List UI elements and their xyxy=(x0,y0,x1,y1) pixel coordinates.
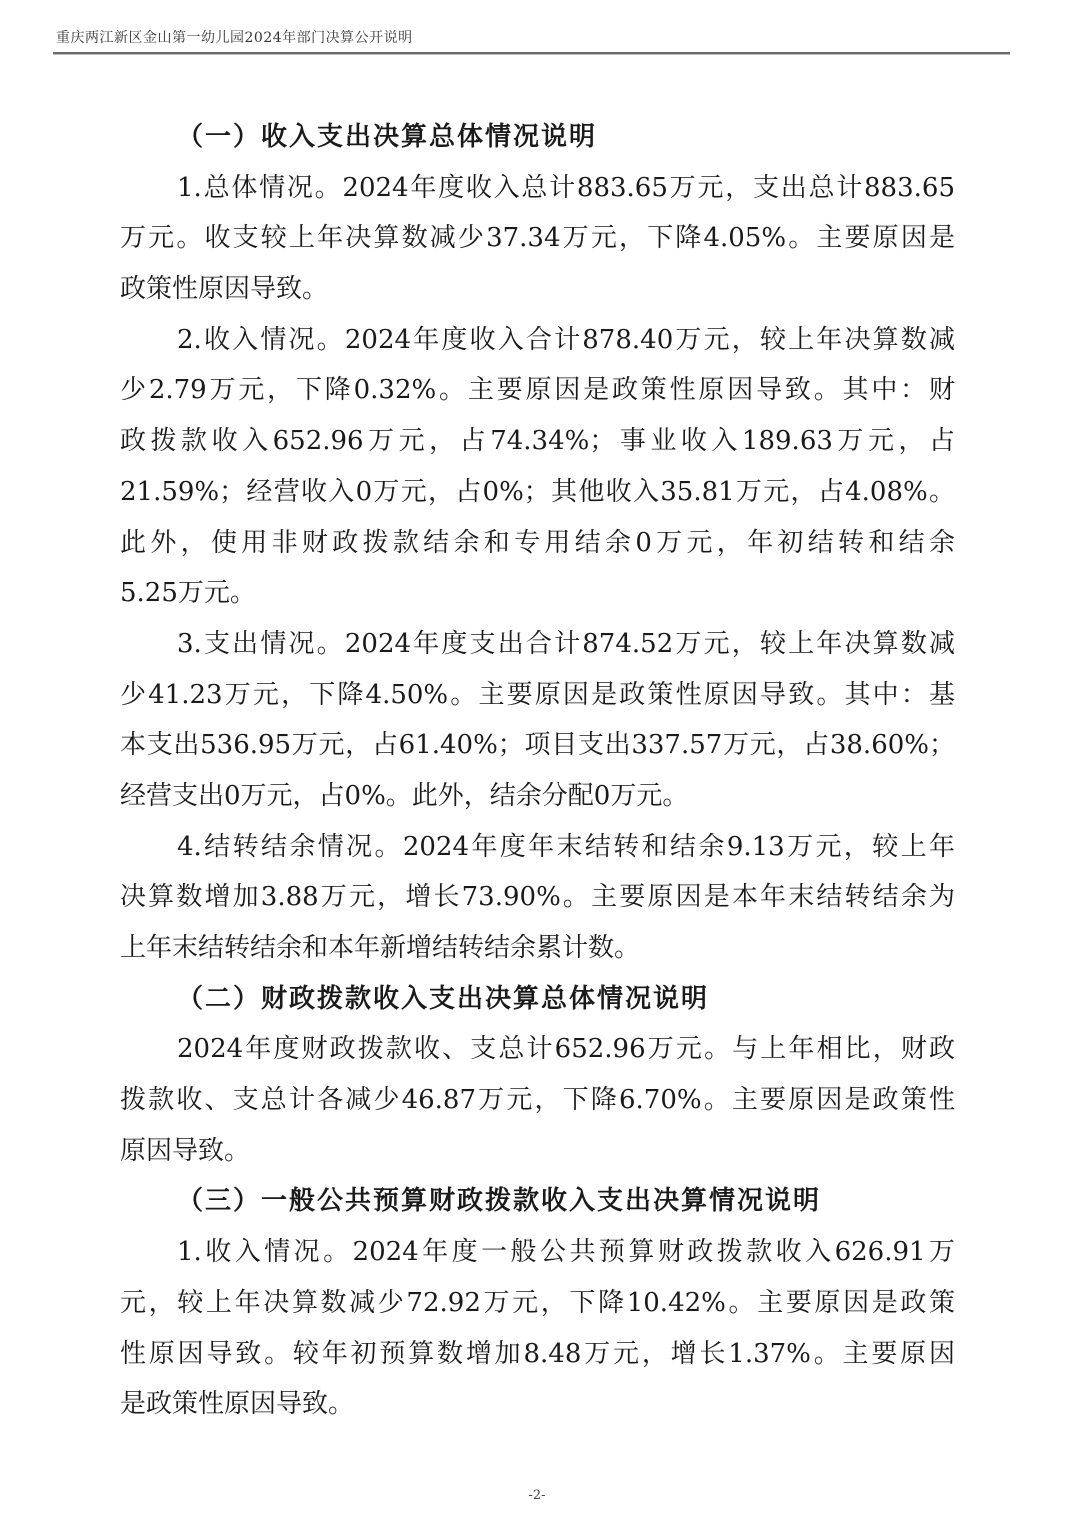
text-line: 2.收入情况。2024年度收入合计878.40万元，较上年决算数减 xyxy=(120,315,955,366)
paragraph-expenditure: 3.支出情况。2024年度支出合计874.52万元，较上年决算数减 少41.23… xyxy=(120,619,955,822)
section-heading: （二）财政拨款收入支出决算总体情况说明 xyxy=(120,974,955,1025)
paragraph-general-budget-income: 1.收入情况。2024年度一般公共预算财政拨款收入626.91万 元，较上年决算… xyxy=(120,1227,955,1430)
page-number: -2- xyxy=(0,1488,1074,1503)
text-line: 性原因导致。较年初预算数增加8.48万元，增长1.37%。主要原因 xyxy=(120,1329,955,1380)
text-line: 是政策性原因导致。 xyxy=(120,1379,955,1430)
section-heading: （三）一般公共预算财政拨款收入支出决算情况说明 xyxy=(120,1176,955,1227)
text-line: 4.结转结余情况。2024年度年末结转和结余9.13万元，较上年 xyxy=(120,822,955,873)
text-line: 上年末结转结余和本年新增结转结余累计数。 xyxy=(120,923,955,974)
paragraph-fiscal-allocation: 2024年度财政拨款收、支总计652.96万元。与上年相比，财政 拨款收、支总计… xyxy=(120,1024,955,1176)
header-divider xyxy=(53,52,1010,55)
paragraph-carryover: 4.结转结余情况。2024年度年末结转和结余9.13万元，较上年 决算数增加3.… xyxy=(120,822,955,974)
text-line: 决算数增加3.88万元，增长73.90%。主要原因是本年末结转结余为 xyxy=(120,872,955,923)
text-line: 少41.23万元，下降4.50%。主要原因是政策性原因导致。其中：基 xyxy=(120,670,955,721)
text-line: 少2.79万元，下降0.32%。主要原因是政策性原因导致。其中：财 xyxy=(120,365,955,416)
text-line: 经营支出0万元，占0%。此外，结余分配0万元。 xyxy=(120,771,955,822)
text-line: 5.25万元。 xyxy=(120,568,955,619)
text-line: 本支出536.95万元，占61.40%；项目支出337.57万元，占38.60%… xyxy=(120,720,955,771)
text-line: 原因导致。 xyxy=(120,1126,955,1177)
text-line: 万元。收支较上年决算数减少37.34万元，下降4.05%。主要原因是 xyxy=(120,213,955,264)
text-line: 此外，使用非财政拨款结余和专用结余0万元，年初结转和结余 xyxy=(120,518,955,569)
text-line: 政拨款收入652.96万元，占74.34%；事业收入189.63万元，占 xyxy=(120,416,955,467)
text-line: 1.收入情况。2024年度一般公共预算财政拨款收入626.91万 xyxy=(120,1227,955,1278)
text-line: 2024年度财政拨款收、支总计652.96万元。与上年相比，财政 xyxy=(120,1024,955,1075)
document-body: （一）收入支出决算总体情况说明 1.总体情况。2024年度收入总计883.65万… xyxy=(120,112,955,1430)
paragraph-overall: 1.总体情况。2024年度收入总计883.65万元，支出总计883.65 万元。… xyxy=(120,163,955,315)
text-line: 拨款收、支总计各减少46.87万元，下降6.70%。主要原因是政策性 xyxy=(120,1075,955,1126)
text-line: 1.总体情况。2024年度收入总计883.65万元，支出总计883.65 xyxy=(120,163,955,214)
section-heading: （一）收入支出决算总体情况说明 xyxy=(120,112,955,163)
document-title: 重庆两江新区金山第一幼儿园2024年部门决算公开说明 xyxy=(53,28,1010,48)
page-header: 重庆两江新区金山第一幼儿园2024年部门决算公开说明 xyxy=(53,28,1010,55)
paragraph-income: 2.收入情况。2024年度收入合计878.40万元，较上年决算数减 少2.79万… xyxy=(120,315,955,619)
text-line: 3.支出情况。2024年度支出合计874.52万元，较上年决算数减 xyxy=(120,619,955,670)
text-line: 政策性原因导致。 xyxy=(120,264,955,315)
text-line: 元，较上年决算数减少72.92万元，下降10.42%。主要原因是政策 xyxy=(120,1278,955,1329)
text-line: 21.59%；经营收入0万元，占0%；其他收入35.81万元，占4.08%。 xyxy=(120,467,955,518)
